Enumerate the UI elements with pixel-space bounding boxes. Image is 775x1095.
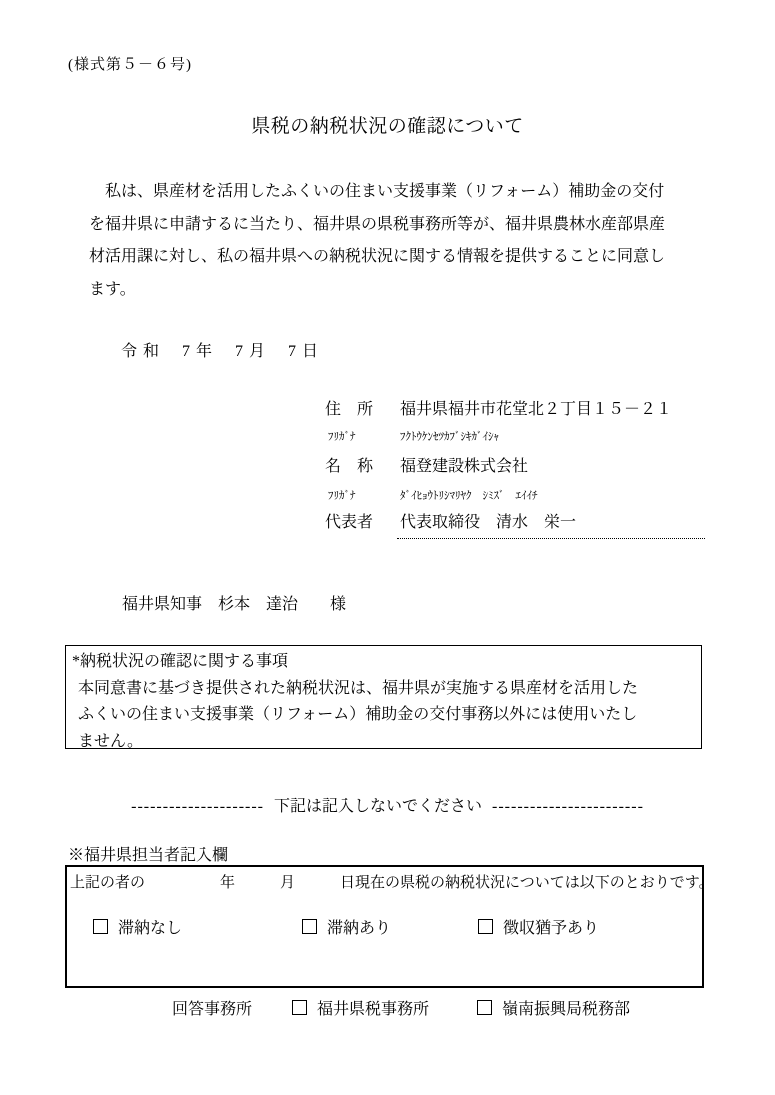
note-line: ふくいの住まい支援事業（リフォーム）補助金の交付事務以外には使用いたし <box>66 702 701 729</box>
note-line: 本同意書に基づき提供された納税状況は、福井県が実施する県産材を活用した <box>66 676 701 703</box>
separator-dashes-right: ------------------------ <box>492 798 644 815</box>
consent-paragraph: 私は、県産材を活用したふくいの住まい支援事業（リフォーム）補助金の交付 を福井県… <box>89 176 729 306</box>
answer-office-label: 回答事務所 <box>172 996 252 1019</box>
page-title: 県税の納税状況の確認について <box>0 111 775 138</box>
date-line: 令 和 7 年 7 月 7 日 <box>121 338 319 361</box>
furigana-value-representative: ﾀﾞｲﾋｮｳﾄﾘｼﾏﾘﾔｸ ｼﾐｽﾞ ｴｲｲﾁ <box>400 487 538 503</box>
note-box: *納税状況の確認に関する事項 本同意書に基づき提供された納税状況は、福井県が実施… <box>65 645 702 749</box>
staff-section-heading: ※福井県担当者記入欄 <box>68 842 228 865</box>
furigana-label-company: ﾌﾘｶﾞﾅ <box>328 428 356 444</box>
checkbox-item-arrears: 滞納あり <box>302 915 391 938</box>
checkbox-item-fukui-tax-office: 福井県税事務所 <box>292 996 429 1019</box>
do-not-fill-separator: ---------------------下記は記入しないでください------… <box>0 793 775 816</box>
paragraph-line: 材活用課に対し、私の福井県への納税状況に関する情報を提供することに同意し <box>89 241 729 274</box>
address-value: 福井県福井市花堂北２丁目１５－２１ <box>400 396 672 419</box>
paragraph-line: ます。 <box>89 274 729 307</box>
checkbox-label-no-arrears: 滞納なし <box>118 915 182 938</box>
separator-dashes-left: --------------------- <box>131 798 264 815</box>
representative-value: 代表取締役 清水 栄一 <box>400 509 576 532</box>
furigana-label-representative: ﾌﾘｶﾞﾅ <box>328 487 356 503</box>
checkbox-reinan-tax-dept[interactable] <box>477 1000 492 1015</box>
checkbox-collection-deferred[interactable] <box>478 919 493 934</box>
addressee-line: 福井県知事 杉本 達治 様 <box>122 591 346 614</box>
paragraph-line: を福井県に申請するに当たり、福井県の県税事務所等が、福井県農林水産部県産 <box>89 209 729 242</box>
name-label: 名 称 <box>325 453 373 476</box>
checkbox-arrears[interactable] <box>302 919 317 934</box>
staff-entry-box: 上記の者の 年 月 日現在の県税の納税状況については以下のとおりです。 滞納なし… <box>65 865 704 988</box>
checkbox-item-collection-deferred: 徴収猶予あり <box>478 915 599 938</box>
note-line: ません。 <box>66 729 701 756</box>
name-value: 福登建設株式会社 <box>400 453 528 476</box>
checkbox-item-reinan-tax-dept: 嶺南振興局税務部 <box>477 996 630 1019</box>
checkbox-label-arrears: 滞納あり <box>327 915 391 938</box>
checkbox-label-collection-deferred: 徴収猶予あり <box>503 915 599 938</box>
form-number: (様式第５－６号) <box>68 53 192 74</box>
representative-label: 代表者 <box>325 509 373 532</box>
separator-label: 下記は記入しないでください <box>274 798 482 815</box>
furigana-value-company: ﾌｸﾄｳｹﾝｾﾂｶﾌﾞｼｷｶﾞｲｼｬ <box>400 428 499 444</box>
address-label: 住 所 <box>325 396 373 419</box>
checkbox-label-fukui-tax-office: 福井県税事務所 <box>317 996 429 1019</box>
tax-status-line: 上記の者の 年 月 日現在の県税の納税状況については以下のとおりです。 <box>67 867 702 892</box>
note-line: *納税状況の確認に関する事項 <box>66 649 701 676</box>
checkbox-label-reinan-tax-dept: 嶺南振興局税務部 <box>502 996 630 1019</box>
document-page: (様式第５－６号) 県税の納税状況の確認について 私は、県産材を活用したふくいの… <box>0 0 775 1095</box>
paragraph-line: 私は、県産材を活用したふくいの住まい支援事業（リフォーム）補助金の交付 <box>89 176 729 209</box>
checkbox-no-arrears[interactable] <box>93 919 108 934</box>
checkbox-fukui-tax-office[interactable] <box>292 1000 307 1015</box>
signature-dotted-line <box>397 538 705 539</box>
checkbox-item-no-arrears: 滞納なし <box>93 915 182 938</box>
